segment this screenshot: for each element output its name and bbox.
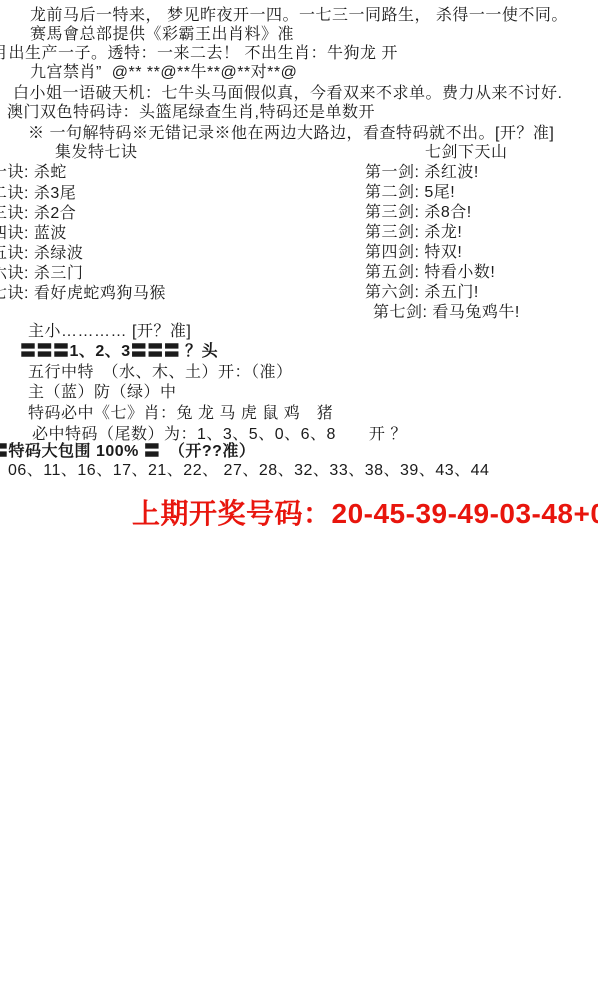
seven-zodiac-line: 特码必中《七》肖：兔 龙 马 虎 鼠 鸡 猪 [28, 404, 333, 423]
heads-bars-line: 〓〓〓1、2、3〓〓〓 ？头 [20, 342, 218, 361]
zhu-xiao-line: 主小………… [开？准] [28, 322, 191, 341]
lottery-tip-sheet: 龙前马后一特来， 梦见昨夜开一四。一七三一同路生， 杀得一一使不同。 赛馬會总部… [0, 0, 598, 997]
left-column-item: 四诀: 蓝波 [0, 224, 67, 243]
provider-line: 赛馬會总部提供《彩霸王出肖料》准 [30, 25, 294, 44]
left-column-item: 七诀: 看好虎蛇鸡狗马猴 [0, 284, 166, 303]
wuxing-line: 五行中特 （水、木、土）开：（准） [28, 363, 293, 382]
left-column-title: 集发特七诀 [55, 143, 138, 162]
macau-poem-line: 澳门双色特码诗：头篮尾绿查生肖,特码还是单数开 [7, 103, 375, 122]
left-column-item: 一诀: 杀蛇 [0, 163, 67, 182]
right-column-item: 第七剑: 看马兔鸡牛! [373, 303, 520, 322]
right-column-item: 第一剑: 杀红波! [365, 163, 479, 182]
right-column-title: 七剑下天山 [425, 143, 508, 162]
right-column-item: 第三剑: 杀8合! [365, 203, 472, 222]
baixiaojie-line: 白小姐一语破天机：七牛头马面假似真，今看双来不求单。费力从来不讨好. [13, 84, 562, 103]
left-column-item: 三诀: 杀2合 [0, 204, 76, 223]
wave-color-line: 主（蓝）防（绿）中 [28, 383, 177, 402]
tou-te-line: 月出生产一子。透特：一来二去！ 不出生肖：牛狗龙 开 [0, 44, 398, 63]
right-column-item: 第三剑: 杀龙! [365, 223, 462, 242]
right-column-item: 第四剑: 特双! [365, 243, 462, 262]
last-draw-label: 上期开奖号码： [132, 498, 332, 529]
right-column-item: 第二剑: 5尾! [365, 183, 455, 202]
surround-100-line: 〓特码大包围 100% 〓 （开??准） [0, 442, 255, 461]
left-column-item: 五诀: 杀绿波 [0, 244, 83, 263]
poem-line: 龙前马后一特来， 梦见昨夜开一四。一七三一同路生， 杀得一一使不同。 [30, 6, 568, 25]
numbers-row: 06、11、16、17、21、22、 27、28、32、33、38、39、43、… [8, 461, 489, 480]
right-column-item: 第五剑: 特看小数! [365, 263, 495, 282]
right-column-item: 第六剑: 杀五门! [365, 283, 479, 302]
last-draw-line: 上期开奖号码：20-45-39-49-03-48+01 [132, 492, 598, 532]
jiugong-jinxiao-line: 九宫禁肖” @** **@**牛**@**对**@ [30, 63, 297, 82]
jie-tema-line: ※ 一句解特码※无错记录※他在两边大路边，看查特码就不出。[开？准] [28, 124, 554, 143]
left-column-item: 二诀: 杀3尾 [0, 184, 76, 203]
last-draw-numbers: 20-45-39-49-03-48+01 [332, 498, 598, 529]
left-column-item: 六诀: 杀三门 [0, 264, 83, 283]
